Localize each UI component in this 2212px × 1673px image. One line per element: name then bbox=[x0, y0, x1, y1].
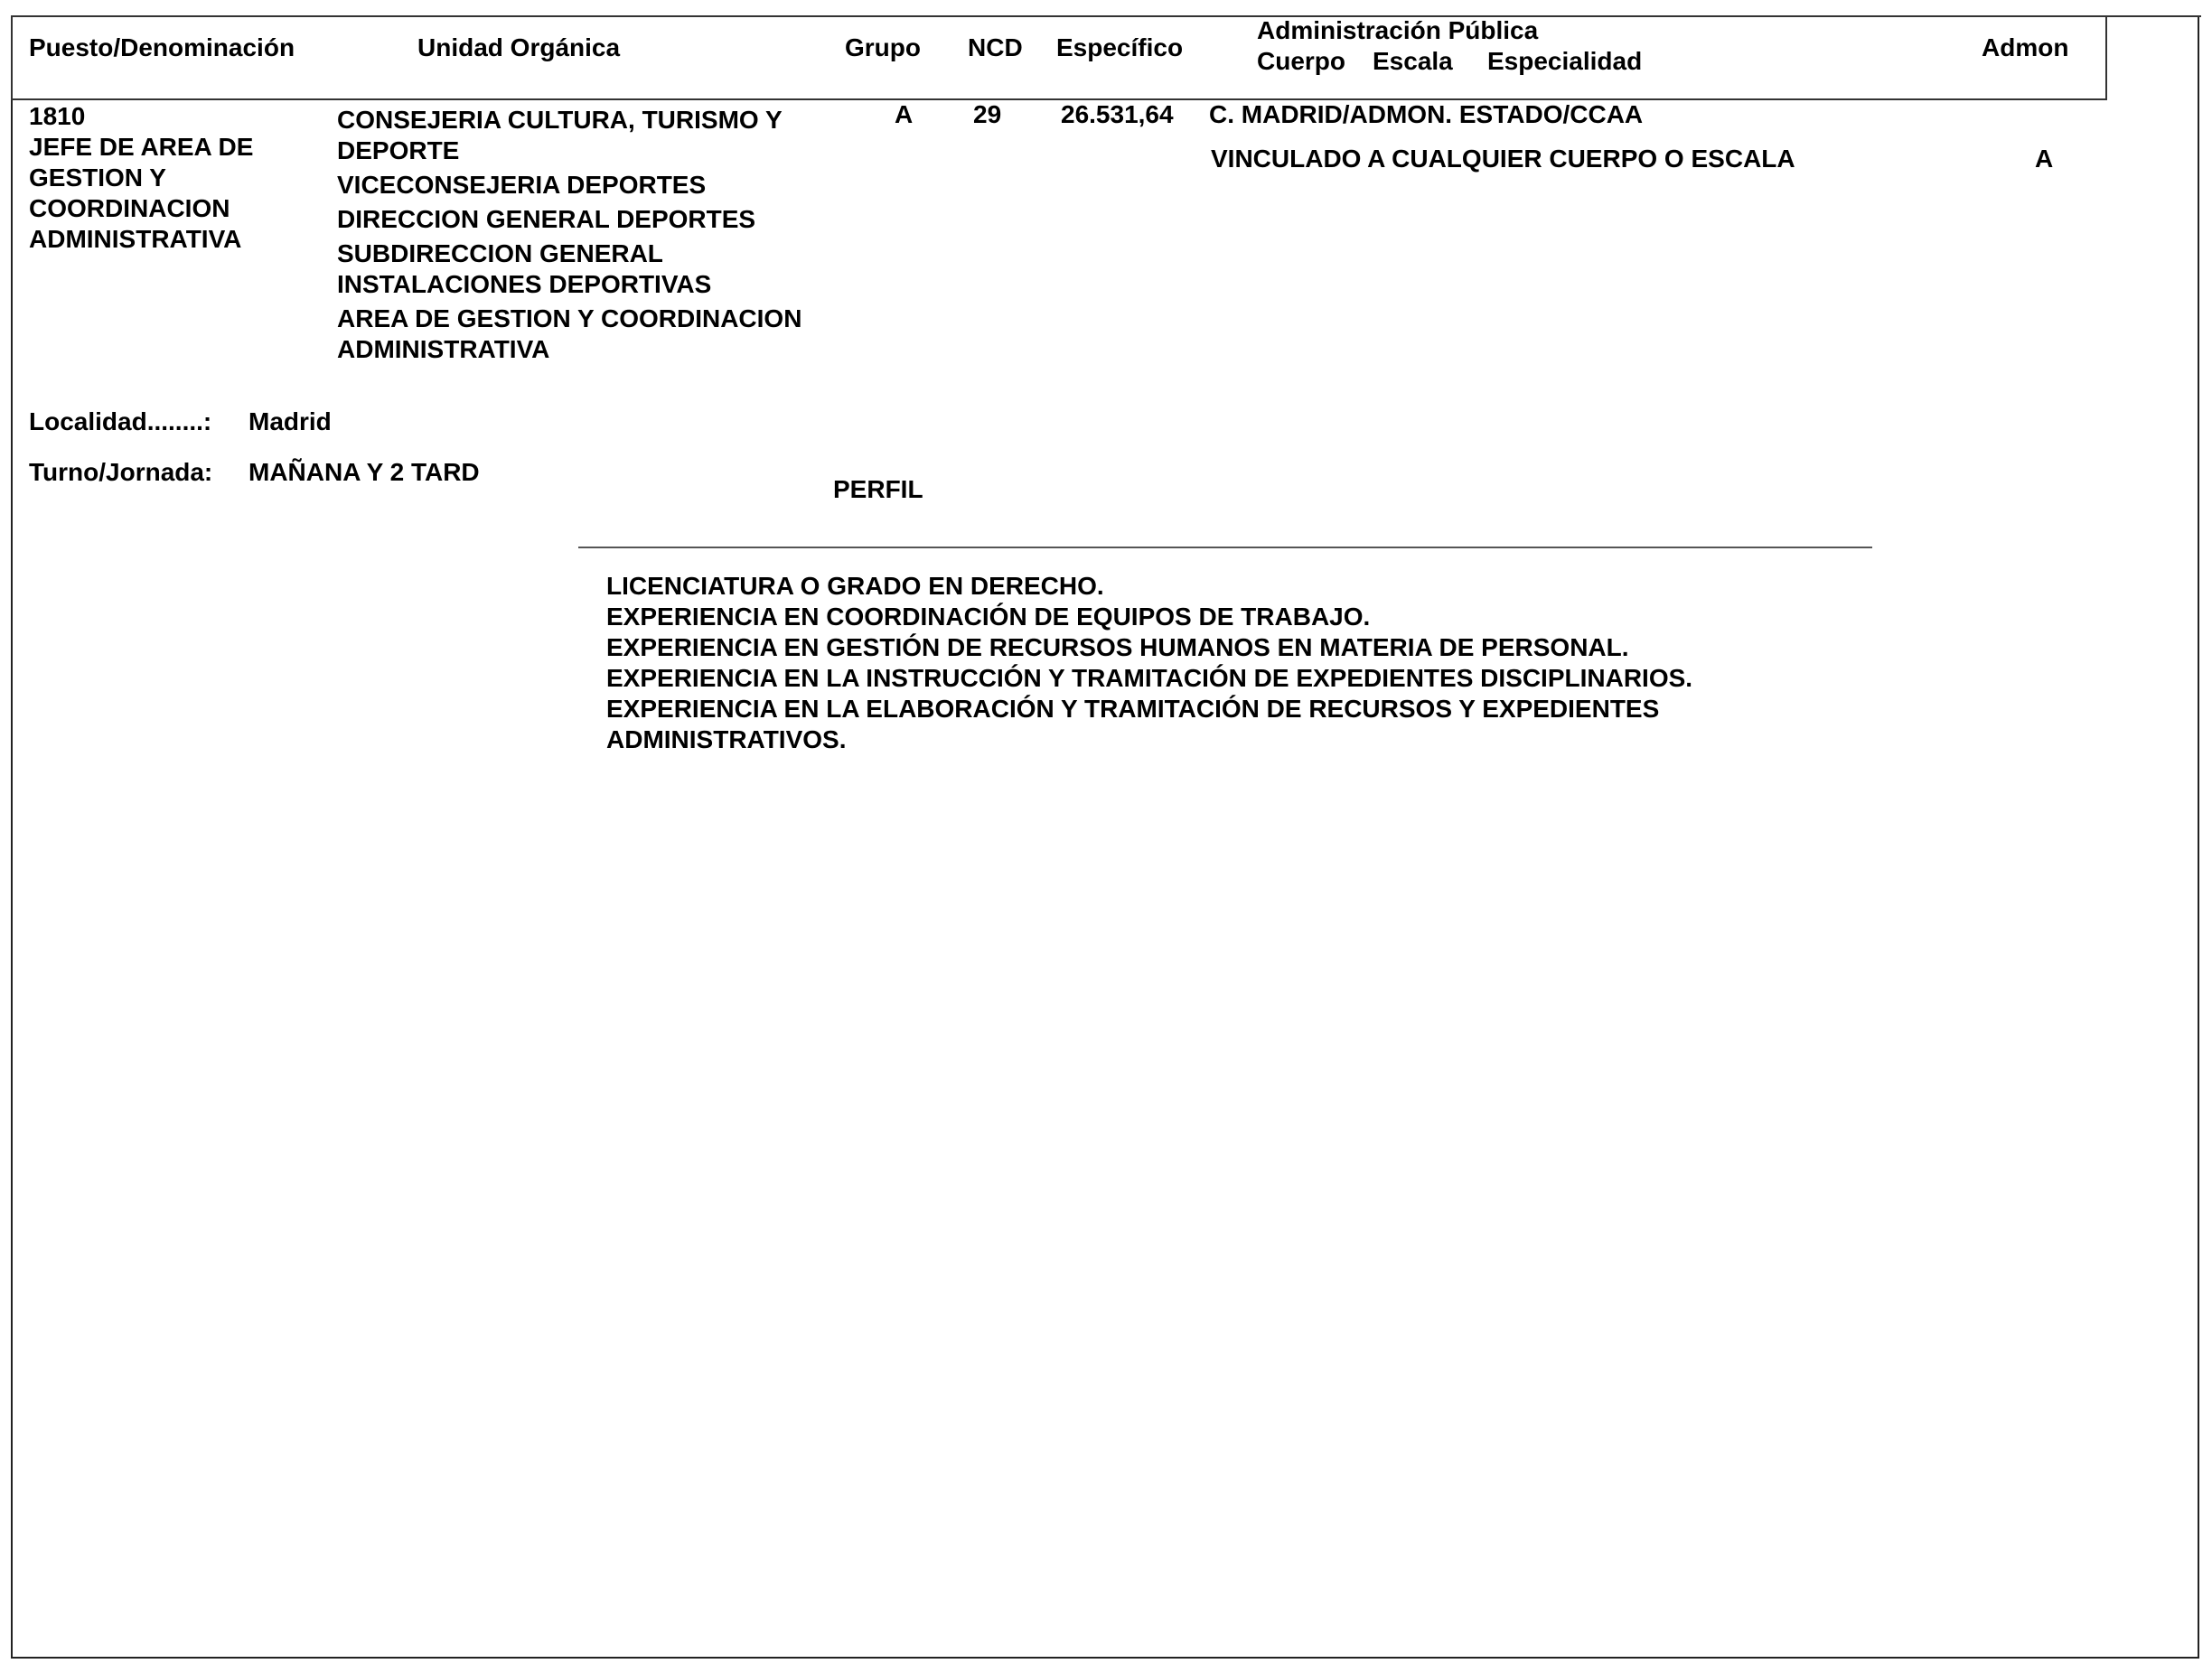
header-admon: Admon bbox=[1982, 33, 2068, 62]
header-grupo: Grupo bbox=[845, 33, 921, 62]
unidad-line: AREA DE GESTION Y COORDINACION bbox=[337, 304, 801, 334]
denominacion-line: GESTION Y bbox=[29, 163, 253, 193]
denominacion-line: ADMINISTRATIVA bbox=[29, 224, 253, 255]
unidad-line: INSTALACIONES DEPORTIVAS bbox=[337, 269, 801, 300]
especifico-value: 26.531,64 bbox=[1061, 99, 1174, 130]
unidad-cell: CONSEJERIA CULTURA, TURISMO Y DEPORTE VI… bbox=[337, 105, 801, 365]
puesto-code: 1810 bbox=[29, 101, 253, 132]
unidad-line: SUBDIRECCION GENERAL bbox=[337, 238, 801, 269]
turno-label: Turno/Jornada: bbox=[29, 457, 212, 488]
perfil-divider bbox=[578, 547, 1872, 548]
unidad-line: VICECONSEJERIA DEPORTES bbox=[337, 170, 801, 201]
perfil-line: EXPERIENCIA EN COORDINACIÓN DE EQUIPOS D… bbox=[606, 602, 1692, 632]
grupo-value: A bbox=[895, 99, 913, 130]
header-admin-publica: Administración Pública bbox=[1257, 16, 1538, 45]
cuerpo-escala-value: VINCULADO A CUALQUIER CUERPO O ESCALA bbox=[1211, 144, 1795, 174]
perfil-title: PERFIL bbox=[833, 474, 923, 505]
perfil-line: ADMINISTRATIVOS. bbox=[606, 724, 1692, 755]
header-especialidad: Especialidad bbox=[1487, 47, 1642, 76]
unidad-line: CONSEJERIA CULTURA, TURISMO Y bbox=[337, 105, 801, 136]
localidad-label: Localidad........: bbox=[29, 407, 211, 437]
header-puesto: Puesto/Denominación bbox=[29, 33, 295, 62]
perfil-line: LICENCIATURA O GRADO EN DERECHO. bbox=[606, 571, 1692, 602]
frame-top-line bbox=[2105, 15, 2201, 17]
turno-value: MAÑANA Y 2 TARD bbox=[248, 457, 480, 488]
header-cuerpo: Cuerpo bbox=[1257, 47, 1345, 76]
puesto-cell: 1810 JEFE DE AREA DE GESTION Y COORDINAC… bbox=[29, 101, 253, 255]
admon-value: A bbox=[2035, 144, 2053, 174]
localidad-value: Madrid bbox=[248, 407, 332, 437]
unidad-line: ADMINISTRATIVA bbox=[337, 334, 801, 365]
perfil-line: EXPERIENCIA EN GESTIÓN DE RECURSOS HUMAN… bbox=[606, 632, 1692, 663]
perfil-line: EXPERIENCIA EN LA ELABORACIÓN Y TRAMITAC… bbox=[606, 694, 1692, 724]
header-escala: Escala bbox=[1373, 47, 1453, 76]
perfil-content: LICENCIATURA O GRADO EN DERECHO. EXPERIE… bbox=[606, 571, 1692, 755]
unidad-line: DIRECCION GENERAL DEPORTES bbox=[337, 204, 801, 235]
header-ncd: NCD bbox=[968, 33, 1023, 62]
denominacion-line: COORDINACION bbox=[29, 193, 253, 224]
header-especifico: Específico bbox=[1056, 33, 1183, 62]
ncd-value: 29 bbox=[973, 99, 1001, 130]
administracion-value: C. MADRID/ADMON. ESTADO/CCAA bbox=[1209, 99, 1643, 130]
header-unidad: Unidad Orgánica bbox=[417, 33, 620, 62]
unidad-line: DEPORTE bbox=[337, 136, 801, 166]
denominacion-line: JEFE DE AREA DE bbox=[29, 132, 253, 163]
perfil-line: EXPERIENCIA EN LA INSTRUCCIÓN Y TRAMITAC… bbox=[606, 663, 1692, 694]
